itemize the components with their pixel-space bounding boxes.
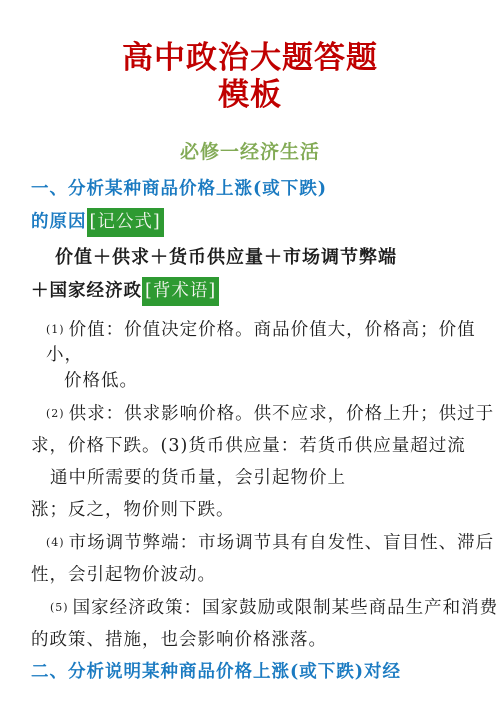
item-5-number: (5)	[50, 601, 69, 614]
item-4-text: 市场调节弊端：市场调节具有自发性、盲目性、滞后	[69, 533, 495, 553]
item-2-text: 供求：供求影响价格。供不应求，价格上升；供过于	[69, 404, 495, 424]
item-2-line1: (2)供求：供求影响价格。供不应求，价格上升；供过于	[0, 401, 500, 427]
formula-line: 价值＋供求＋货币供应量＋市场调节弊端	[0, 246, 500, 270]
item-2-line4: 涨；反之，物价则下跌。	[0, 498, 500, 523]
section2-heading: 二、分析说明某种商品价格上涨(或下跌)对经	[0, 661, 500, 684]
reason-prefix: 的原因	[31, 212, 87, 232]
formula-badge: [记公式]	[87, 208, 164, 237]
item-1-text: 价值：价值决定价格。商品价值大，价格高；价值小，	[46, 320, 476, 365]
page-title-line2: 模板	[0, 77, 500, 114]
item-5-line1: (5)国家经济政策：国家鼓励或限制某些商品生产和消费	[0, 595, 500, 621]
section1-heading: 一、分析某种商品价格上涨(或下跌)	[0, 178, 500, 201]
page-title-line1: 高中政治大题答题	[0, 40, 500, 77]
item-2-line3: 通中所需要的货币量，会引起物价上	[0, 466, 500, 491]
item-2-line2: 求，价格下跌。(3)货币供应量：若货币供应量超过流	[0, 434, 500, 459]
section1-policy-line: ＋国家经济政[背术语]	[0, 277, 500, 306]
policy-prefix: ＋国家经济政	[31, 281, 142, 301]
item-1-number: (1)	[46, 323, 65, 336]
page-title: 高中政治大题答题 模板	[0, 40, 500, 114]
item-4-line2: 性，会引起物价波动。	[0, 563, 500, 588]
document-page: 高中政治大题答题 模板 必修一经济生活 一、分析某种商品价格上涨(或下跌) 的原…	[0, 0, 500, 706]
item-5-text: 国家经济政策：国家鼓励或限制某些商品生产和消费	[73, 598, 499, 618]
item-2-number: (2)	[46, 407, 65, 420]
item-4-number: (4)	[46, 536, 65, 549]
terms-badge: [背术语]	[142, 277, 219, 306]
item-1-line1: (1)价值：价值决定价格。商品价值大，价格高；价值小，	[0, 317, 500, 368]
section1-reason-line: 的原因[记公式]	[0, 208, 500, 237]
item-5-line2: 的政策、措施，也会影响价格涨落。	[0, 628, 500, 653]
chapter-subtitle: 必修一经济生活	[0, 141, 500, 164]
item-4-line1: (4)市场调节弊端：市场调节具有自发性、盲目性、滞后	[0, 530, 500, 556]
item-1-line2: 价格低。	[0, 369, 500, 394]
